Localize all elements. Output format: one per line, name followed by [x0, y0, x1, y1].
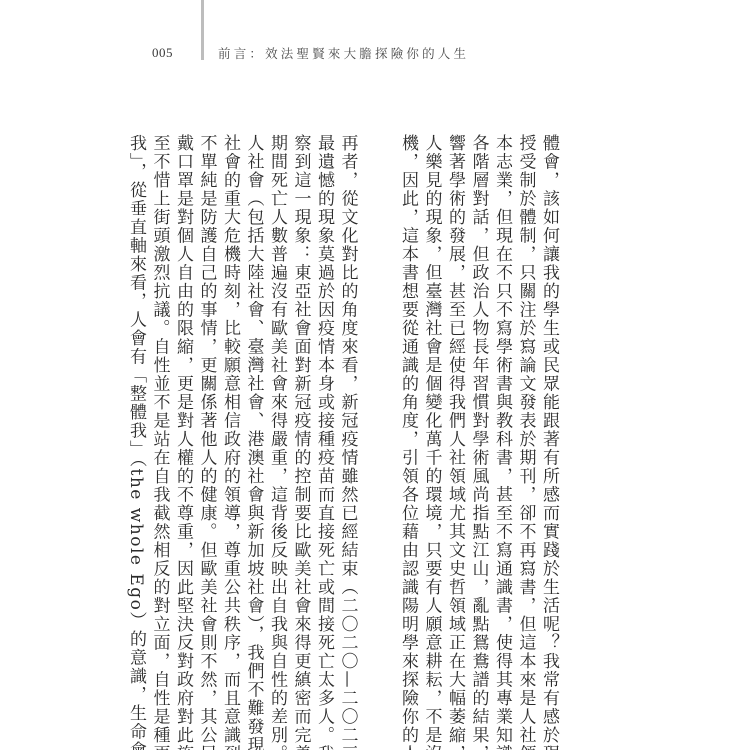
text-column: 機，因此，這本書想要從通識的角度，引領各位藉由認識陽明學來探險你的人生。 — [396, 134, 420, 690]
text-column: 不單純是防護自己的事情，更關係著他人的健康。但歐美社會則不然，其公民常覺得要求 — [194, 134, 218, 690]
text-column: 各階層對話，但政治人物長年習慣對學術風尚指點江山，亂點鴛鴦譜的結果，卻持續在影 — [466, 134, 490, 690]
text-column: 戴口罩是對個人自由的限縮，更是對人權的不尊重，因此堅決反對政府對此施加干預，甚 — [171, 134, 195, 690]
text-column: 響著學術的發展，甚至已經使得我們人社領域尤其文史哲領域正在大幅萎縮，這並不是令 — [443, 134, 467, 690]
text-column: 本志業，但現在不只不寫學術書與教科書，甚至不寫通識書，使得其專業知識無法與社會 — [490, 134, 514, 690]
text-column: 人樂見的現象，但臺灣社會是個變化萬千的環境，只要有人願意耕耘，不是沒有改變的契 — [419, 134, 443, 690]
running-title: 前言：效法聖賢來大膽探險你的人生 — [218, 44, 469, 62]
text-column: 期間死亡人數普遍沒有歐美社會來得嚴重，這背後反映出自我與自性的差別。特別來說華 — [265, 134, 289, 690]
text-column: 人社會（包括大陸社會、臺灣社會、港澳社會與新加坡社會），我們不難發現華人在面對 — [241, 134, 265, 690]
page-number: 005 — [152, 45, 173, 61]
text-column-paragraph-start: 再者，從文化對比的角度來看，新冠疫情雖然已經結束（二〇二〇—二〇二三）， — [335, 134, 396, 653]
header-divider-bar — [201, 0, 204, 60]
text-column: 社會的重大危機時刻，比較願意相信政府的領導，尊重公共秩序，而且意識到有無戴口罩 — [218, 134, 242, 690]
text-column: 察到這一現象：東亞社會面對新冠疫情的控制要比歐美社會來得更縝密而完善，使得疫情 — [288, 134, 312, 690]
text-column: 至不惜上街頭激烈抗議。自性並不是站在自我截然相反的對立面，自性是種更寬闊的「自 — [147, 134, 171, 690]
text-column: 體會，該如何讓我的學生或民眾能跟著有所感而實踐於生活呢？我常有感於現在的大學教 — [537, 134, 561, 690]
vertical-text-block: 體會，該如何讓我的學生或民眾能跟著有所感而實踐於生活呢？我常有感於現在的大學教 … — [124, 134, 561, 690]
text-column: 授受制於體制，只關注於寫論文發表於期刊，卻不再寫書，但這本來是人社領域學者的基 — [513, 134, 537, 690]
text-column: 我」，從垂直軸來看，人會有「整體我」（the whole Ego）的意識，生命會… — [124, 134, 148, 690]
text-column: 最遺憾的現象莫過於因疫情本身或接種疫苗而直接死亡或間接死亡太多人。我們很自然觀 — [312, 134, 336, 690]
